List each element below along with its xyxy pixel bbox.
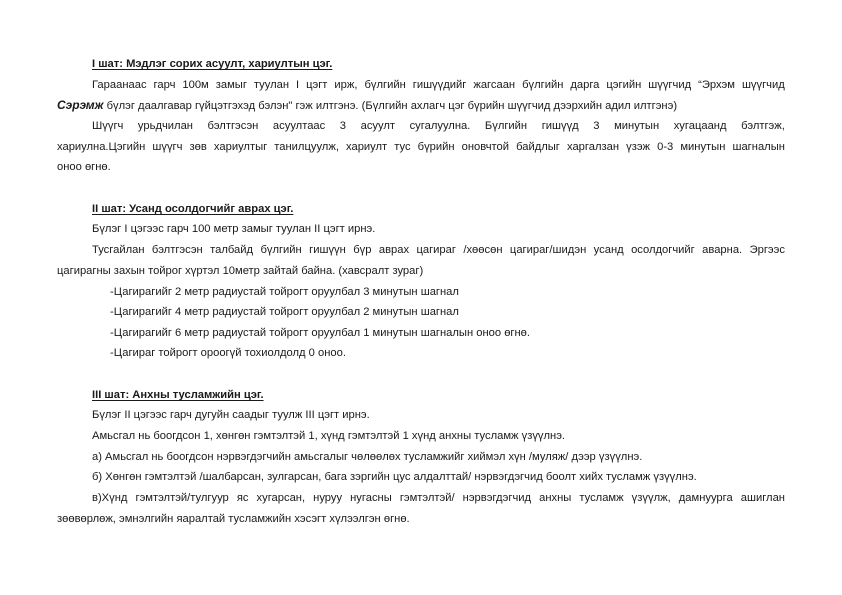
word: шагналын [732,140,784,154]
word: дамнуурга [679,491,733,505]
word: цагираг/шидэн [510,243,586,257]
section-1-heading: I шат: Мэдлэг сорих асуулт, хариултын цэ… [92,57,332,71]
word: зөв [190,140,207,154]
word: гарч [154,78,176,92]
word: гэмтэлтэй/тулгуур [135,491,228,505]
word: усанд [594,243,624,257]
word: гишүүд [542,119,579,133]
word: 3 [340,119,346,133]
word: ирж, [334,78,357,92]
word: бэлтгэсэн [152,243,203,257]
word: нуруу [313,491,342,505]
word: минутын [680,140,725,154]
word: оновчтой [462,140,509,154]
word: цэгийн [606,78,641,92]
word: яс [237,491,249,505]
word: в)Хүнд [92,491,127,505]
section-3-item-v-line-2: зөөвөрлөж, эмнэлгийн яаралтай тусламжийн… [57,512,410,526]
section-3-paragraph-2: Амьсгал нь боогдсон 1, хөнгөн гэмтэлтэй … [92,429,565,443]
word: нугасны [350,491,392,505]
word: тус [394,140,410,154]
word: ашиглан [741,491,785,505]
word: байдлыг [516,140,560,154]
word: замыг [216,78,247,92]
section-3-item-v-line-1: в)Хүндгэмтэлтэй/тулгуурясхугарсан,нуруун… [92,491,785,505]
section-1-paragraph-1-line-2: Сэрэмж бүлэг даалгавар гүйцэтгэхэд бэлэн… [57,98,677,113]
word: Бүлгийн [485,119,527,133]
section-2-bullet: -Цагирагийг 4 метр радиустай тойрогт ору… [110,305,459,319]
section-2-bullet: -Цагирагийг 6 метр радиустай тойрогт ору… [110,326,530,340]
word: бүлгийн [522,78,563,92]
word: талбайд [210,243,253,257]
word: 100м [182,78,208,92]
word: хариулт [346,140,387,154]
team-name-bold: Сэрэмж [57,98,104,112]
word: I [296,78,299,92]
word: урьдчилан [138,119,193,133]
word: үзүүлж, [632,491,671,505]
document-page: I шат: Мэдлэг сорих асуулт, хариултын цэ… [0,0,842,595]
word: /хөөсөн [463,243,502,257]
word: туулан [254,78,289,92]
word: анхны [539,491,571,505]
word: харгалзан [567,140,619,154]
word: минутын [614,119,659,133]
section-1-paragraph-2-line-3: оноо өгнө. [57,160,111,174]
word: хариулна.Цэгийн [57,140,145,154]
word: 3 [593,119,599,133]
section-3-heading: III шат: Анхны тусламжийн цэг. [92,388,264,402]
word: бүлгийн [364,78,405,92]
section-2-bullet: -Цагираг тойрогт ороогүй тохиолдолд 0 он… [110,346,346,360]
word: “Эрхэм [698,78,735,92]
word: осолдогчийг [631,243,695,257]
section-3-item-a: а) Амьсгал нь боогдсон нэрвэгдэгчийн амь… [92,450,642,464]
section-2-bullet: -Цагирагийг 2 метр радиустай тойрогт ору… [110,285,459,299]
section-2-paragraph-2-line-1: Тусгайланбэлтгэсэнталбайдбүлгийнгишүүнбү… [92,243,785,257]
word: хугарсан, [257,491,306,505]
word: гишүүдийг [413,78,467,92]
word: шүүгчид [742,78,785,92]
word: бүр [353,243,371,257]
word: тусламж [579,491,623,505]
word: бэлтгэсэн [208,119,259,133]
word: гэмтэлтэй/ [400,491,455,505]
word: бүрийн [418,140,455,154]
word: бүлгийн [260,243,301,257]
word: танилцуулж, [274,140,339,154]
section-1-paragraph-2-line-2: хариулна.Цэгийншүүгчзөвхариултыгтанилцуу… [57,140,785,154]
word: аврах [379,243,409,257]
word: бэлтгэж, [741,119,785,133]
word: хариултыг [214,140,267,154]
word: 0-3 [657,140,673,154]
section-2-heading: II шат: Усанд осолдогчийг аврах цэг. [92,202,293,216]
word: шүүгч [152,140,182,154]
word: асуулт [361,119,395,133]
section-3-item-b: б) Хөнгөн гэмтэлтэй /шалбарсан, зулгарса… [92,470,697,484]
word: нэрвэгдэгчид [463,491,531,505]
word: дарга [570,78,599,92]
word: шүүгчид [648,78,691,92]
word: хугацаанд [674,119,727,133]
word: жагсаан [473,78,515,92]
word: Тусгайлан [92,243,145,257]
section-1-paragraph-1-line-1: Гараанаасгарч100мзамыгтууланIцэгтирж,бүл… [92,78,785,92]
word: асуултаас [273,119,325,133]
section-2-paragraph-2-line-2: цагирагны захын тойрог хүртэл 10метр зай… [57,264,423,278]
word: Шүүгч [92,119,123,133]
section-3-paragraph-1: Бүлэг II цэгээс гарч дугуйн саадыг туулж… [92,408,370,422]
word: Гараанаас [92,78,147,92]
word: аварна. [702,243,742,257]
word: үзэж [626,140,650,154]
section-2-paragraph-1: Бүлэг I цэгээс гарч 100 метр замыг туула… [92,222,375,236]
word: Эргээс [750,243,785,257]
section-1-paragraph-2-line-1: Шүүгчурьдчиланбэлтгэсэнасуултаас3асуултс… [92,119,785,133]
word: цэгт [306,78,327,92]
word: гишүүн [309,243,346,257]
word: сугалуулна. [410,119,471,133]
text: бүлэг даалгавар гүйцэтгэхэд бэлэн" гэж и… [104,100,678,112]
word: цагираг [416,243,455,257]
